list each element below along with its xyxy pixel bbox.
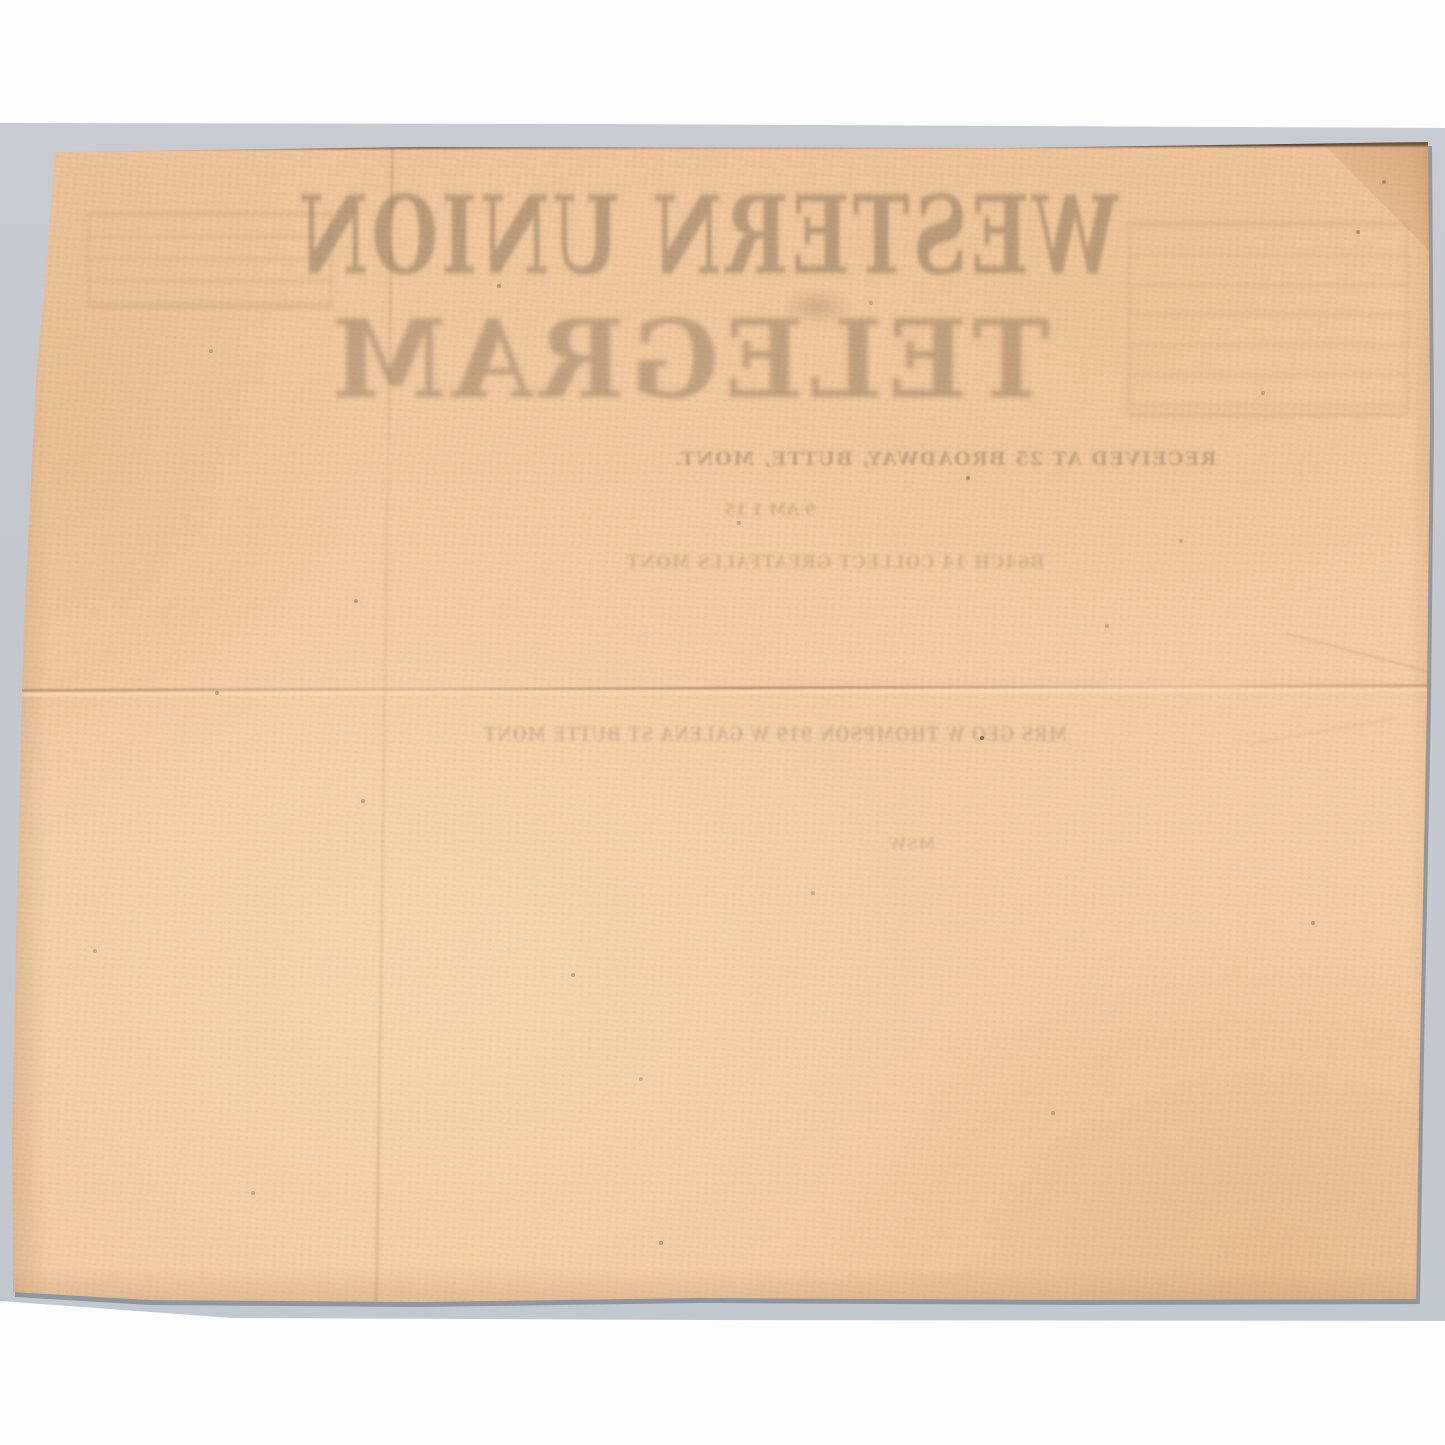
telegram-paper-back: WESTERN UNION TELEGRAM RECEIVED AT 25 BR… [0, 0, 1445, 1445]
showthrough-telegram-text: TELEGRAM [326, 306, 1050, 414]
showthrough-address-line: MRS GEO W THOMPSON 919 W GALENA ST BUTTE… [483, 722, 1067, 746]
showthrough-preamble-line: B64CH 14 COLLECT GREATFALLS MONT [626, 552, 1045, 573]
showthrough-western-union-text: WESTERN UNION [296, 182, 1119, 290]
showthrough-time-mark: 9 AM 1 15 [724, 500, 815, 519]
showthrough-ruled-box-right [1128, 222, 1408, 416]
paper-specks [0, 0, 2, 2]
photo-of-telegram-back: WESTERN UNION TELEGRAM RECEIVED AT 25 BR… [0, 0, 1445, 1445]
showthrough-received-line: RECEIVED AT 25 BROADWAY, BUTTE, MONT. [673, 448, 1216, 470]
showthrough-signoff: MSW [888, 834, 935, 853]
bottom-edge-shading [0, 1258, 1445, 1304]
